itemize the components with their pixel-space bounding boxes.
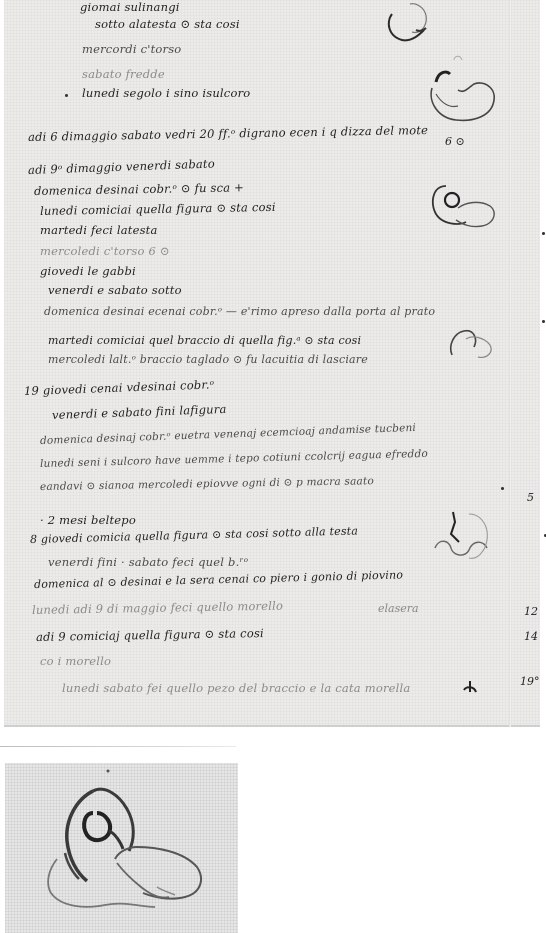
manuscript-line: · 2 mesi beltepo — [40, 513, 136, 527]
manuscript-line: adi 9 comiciaj quella figura ⊙ sta cosi — [36, 626, 264, 644]
manuscript-line: sabato fredde — [82, 67, 165, 81]
manuscript-line: adi 6 dimaggio sabato vedri 20 ff.ᵒ digr… — [28, 123, 428, 144]
ink-dot — [65, 94, 68, 97]
manuscript-line: co i morello — [40, 654, 111, 668]
page-fold-line — [509, 0, 511, 727]
margin-note: elasera — [378, 602, 419, 615]
manuscript-line: lunedi comiciai quella figura ⊙ sta cosi — [40, 200, 276, 218]
manuscript-line: domenica desinai cobr.ᵒ ⊙ fu sca + — [34, 180, 244, 198]
ink-dot — [542, 320, 545, 323]
manuscript-line: venerdi e sabato fini lafigura — [52, 402, 227, 422]
head-sketch-top-right-icon — [382, 0, 442, 48]
sketch-detail-inset — [5, 763, 238, 933]
curled-figure-detail-icon — [5, 763, 238, 933]
small-figure-sketch-icon — [444, 325, 504, 365]
manuscript-line: 19 giovedi cenai vdesinai cobr.ᵒ — [24, 377, 215, 398]
manuscript-line: eandavi ⊙ sianoa mercoledi epiovve ogni … — [40, 475, 374, 493]
manuscript-line: martedi comiciai quel braccio di quella … — [48, 334, 361, 347]
margin-note: 6 ⊙ — [445, 135, 465, 148]
manuscript-line: giomai sulinangi — [80, 0, 180, 14]
manuscript-page: giomai sulinangi sotto alatesta ⊙ sta co… — [4, 0, 540, 727]
manuscript-line: lunedi sabato fei quello pezo del bracci… — [62, 681, 410, 695]
ink-mark-icon — [462, 680, 478, 696]
margin-note: 19° — [520, 675, 540, 688]
margin-note: 14 — [524, 630, 538, 643]
manuscript-line: giovedi le gabbi — [40, 264, 136, 278]
margin-note: 12 — [524, 605, 538, 618]
margin-note: 5 — [527, 491, 534, 504]
manuscript-line: domenica desinaj cobr.ᵒ euetra venenaj e… — [40, 422, 416, 447]
manuscript-line: sotto alatesta ⊙ sta cosi — [95, 17, 240, 31]
manuscript-line: domenica al ⊙ desinai e la sera cenai co… — [34, 568, 403, 591]
section-divider — [0, 746, 236, 747]
manuscript-line: lunedi segolo i sino isulcoro — [82, 86, 250, 100]
manuscript-line: mercordi c'torso — [82, 42, 181, 56]
figure-sketch-lower-right-icon — [429, 508, 499, 568]
manuscript-line: 8 giovedi comicia quella figura ⊙ sta co… — [30, 524, 358, 546]
ink-dot — [542, 232, 545, 235]
manuscript-line: venerdi fini · sabato feci quel b.ʳᵒ — [48, 555, 248, 569]
manuscript-line: lunedi adi 9 di maggio feci quello morel… — [32, 599, 283, 617]
manuscript-line: lunedi seni i sulcoro have uemme i tepo … — [40, 448, 428, 470]
manuscript-line: domenica desinai ecenai cobr.ᵒ — e'rimo … — [44, 305, 435, 318]
manuscript-line: mercoledi c'torso 6 ⊙ — [40, 244, 170, 258]
manuscript-line: martedi feci latesta — [40, 223, 158, 237]
ink-dot — [501, 487, 504, 490]
manuscript-line: adi 9ᵒ dimaggio venerdi sabato — [28, 156, 215, 177]
manuscript-line: venerdi e sabato sotto — [48, 283, 182, 297]
manuscript-line: mercoledi lalt.ᵒ braccio taglado ⊙ fu la… — [48, 353, 368, 366]
reclining-figure-sketch-icon — [424, 52, 504, 127]
curled-figure-sketch-icon — [422, 180, 502, 235]
